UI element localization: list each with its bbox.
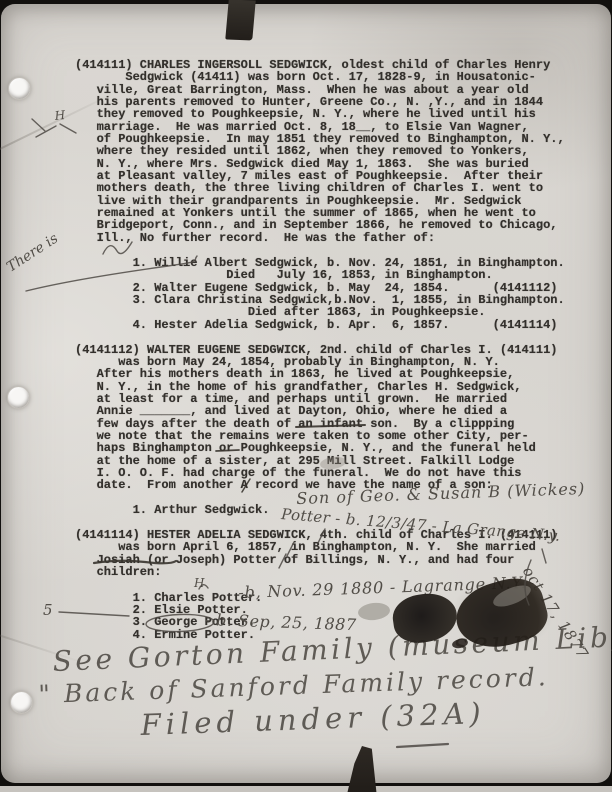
typed-line: 4. Hester Adelia Sedgwick, b. Apr. 6, 18… bbox=[75, 319, 565, 331]
typed-line: Sedgwick (41411) was born Oct. 17, 1828-… bbox=[75, 71, 565, 83]
typed-line: they removed to Poughkeepsie, N. Y., whe… bbox=[75, 108, 565, 120]
typed-line: (4141112) WALTER EUGENE SEDGWICK, 2nd. c… bbox=[75, 344, 557, 356]
entry-walter-eugene: (4141112) WALTER EUGENE SEDGWICK, 2nd. c… bbox=[75, 344, 557, 492]
punch-hole-middle bbox=[7, 386, 30, 409]
scanned-page-scene: (414111) CHARLES INGERSOLL SEDGWICK, old… bbox=[0, 0, 612, 792]
typed-line: Died after 1863, in Poughkeepsie. bbox=[75, 306, 565, 318]
typed-line: Annie _______, and lived at Dayton, Ohio… bbox=[75, 405, 557, 417]
typed-line: 1. Arthur Sedgwick. bbox=[75, 504, 269, 516]
typed-line: Ill., No further record. He was the fath… bbox=[75, 232, 565, 244]
entry-charles-children-list: 1. Willie Albert Sedgwick, b. Nov. 24, 1… bbox=[75, 257, 565, 331]
typed-line: mothers death, the three living children… bbox=[75, 182, 565, 194]
typed-line: Died July 16, 1853, in Binghampton. bbox=[75, 269, 565, 281]
typed-line: was born April 6, 1857, in Binghampton, … bbox=[75, 541, 557, 553]
punch-hole-bottom bbox=[10, 691, 33, 714]
charles-h-insert-annotation: H bbox=[194, 576, 204, 590]
margin-h-annotation: H bbox=[54, 108, 66, 123]
typed-line: haps Binghampton or Poughkeepsie, N. Y.,… bbox=[75, 442, 557, 454]
typed-line: After his mothers death in 1863, he live… bbox=[75, 368, 557, 380]
scan-bed-edge bbox=[0, 786, 612, 792]
binding-tape-top bbox=[225, 0, 255, 40]
typed-line: where they resided until 1862, when they… bbox=[75, 145, 565, 157]
margin-five-annotation: 5 bbox=[43, 601, 53, 619]
entry-charles-ingersoll: (414111) CHARLES INGERSOLL SEDGWICK, old… bbox=[75, 59, 565, 244]
punch-hole-top bbox=[8, 77, 31, 100]
typed-line: Bridgeport, Conn., and in September 1866… bbox=[75, 219, 565, 231]
typed-line: 1. Charles Potter. bbox=[75, 592, 262, 604]
entry-walter-children-list: 1. Arthur Sedgwick. bbox=[75, 504, 269, 516]
